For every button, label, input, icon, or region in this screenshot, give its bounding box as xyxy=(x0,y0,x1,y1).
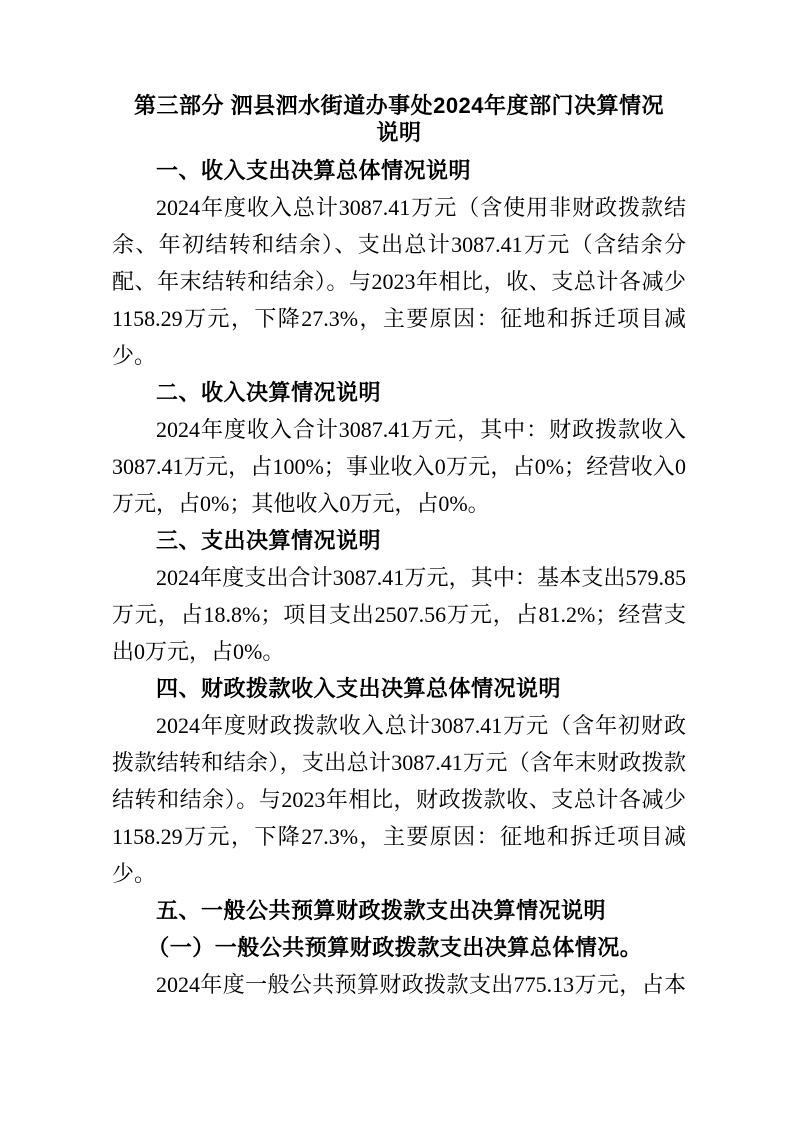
section-income-final-accounts: 二、收入决算情况说明 2024年度收入合计3087.41万元，其中：财政拨款收入… xyxy=(112,374,686,522)
section-heading-1: 一、收入支出决算总体情况说明 xyxy=(112,152,686,189)
section-heading-2: 二、收入决算情况说明 xyxy=(112,374,686,411)
section-paragraph: 2024年度财政拨款收入总计3087.41万元（含年初财政拨款结转和结余），支出… xyxy=(112,707,686,892)
section-heading-4: 四、财政拨款收入支出决算总体情况说明 xyxy=(112,670,686,707)
section-expense-final-accounts: 三、支出决算情况说明 2024年度支出合计3087.41万元，其中：基本支出57… xyxy=(112,522,686,670)
section-fiscal-appropriation-overview: 四、财政拨款收入支出决算总体情况说明 2024年度财政拨款收入总计3087.41… xyxy=(112,670,686,892)
section-paragraph: 2024年度支出合计3087.41万元，其中：基本支出579.85万元，占18.… xyxy=(112,559,686,670)
section-heading-5: 五、一般公共预算财政拨款支出决算情况说明 xyxy=(112,892,686,929)
section-income-expense-overview: 一、收入支出决算总体情况说明 2024年度收入总计3087.41万元（含使用非财… xyxy=(112,152,686,374)
section-heading-3: 三、支出决算情况说明 xyxy=(112,522,686,559)
section-paragraph: 2024年度收入合计3087.41万元，其中：财政拨款收入3087.41万元，占… xyxy=(112,411,686,522)
document-title: 第三部分 泗县泗水街道办事处2024年度部门决算情况说明 xyxy=(132,92,666,146)
document-page: 第三部分 泗县泗水街道办事处2024年度部门决算情况说明 一、收入支出决算总体情… xyxy=(0,0,793,1122)
section-paragraph: 2024年度收入总计3087.41万元（含使用非财政拨款结余、年初结转和结余）、… xyxy=(112,189,686,374)
section-general-public-budget-expense: 五、一般公共预算财政拨款支出决算情况说明 （一）一般公共预算财政拨款支出决算总体… xyxy=(112,892,686,1003)
subsection-heading-5-1: （一）一般公共预算财政拨款支出决算总体情况。 xyxy=(112,929,686,966)
section-paragraph-truncated: 2024年度一般公共预算财政拨款支出775.13万元，占本 xyxy=(112,966,686,1003)
